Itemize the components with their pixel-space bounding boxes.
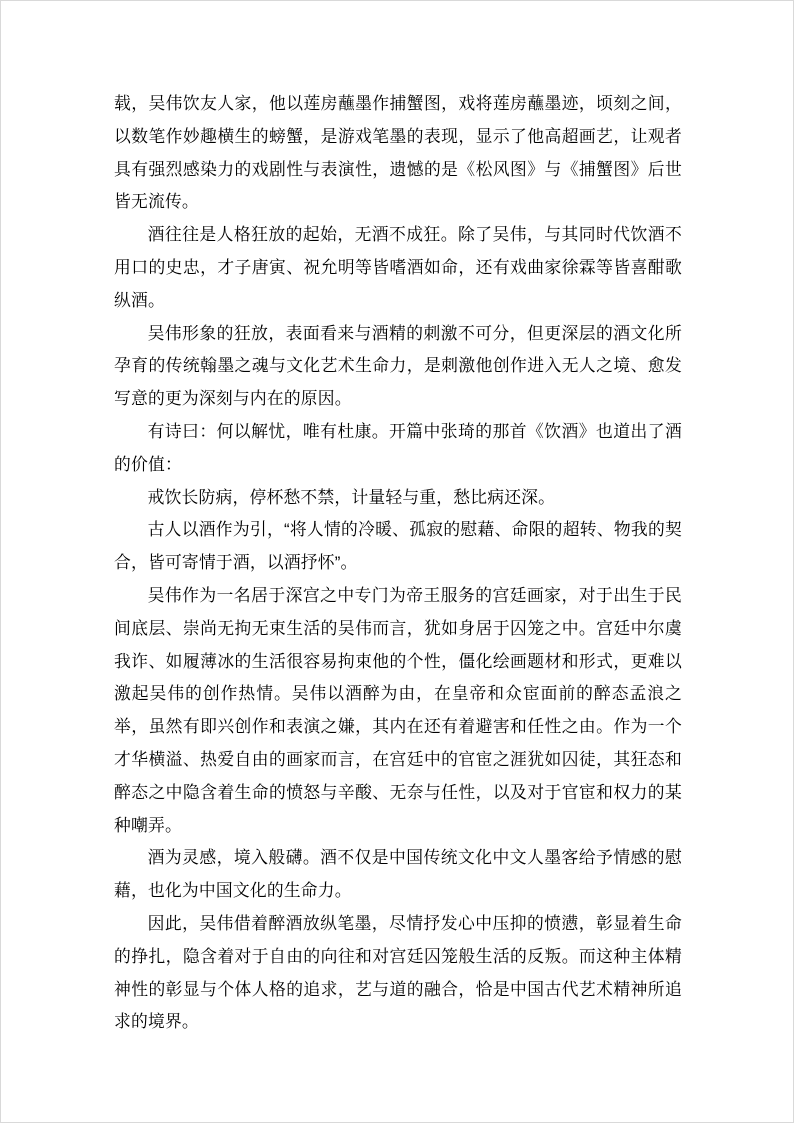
- text-body: 载，吴伟饮友人家，他以莲房蘸墨作捕蟹图，戏将莲房蘸墨迹，顷刻之间，以数笔作妙趣横…: [114, 88, 682, 1039]
- paragraph: 古人以酒作为引，“将人情的冷暖、孤寂的慰藉、命限的超转、物我的契合，皆可寄情于酒…: [114, 514, 682, 580]
- paragraph: 有诗曰：何以解忧，唯有杜康。开篇中张琦的那首《饮酒》也道出了酒的价值：: [114, 416, 682, 482]
- paragraph: 吴伟作为一名居于深宫之中专门为帝王服务的宫廷画家，对于出生于民间底层、崇尚无拘无…: [114, 580, 682, 842]
- paragraph: 吴伟形象的狂放，表面看来与酒精的刺激不可分，但更深层的酒文化所孕育的传统翰墨之魂…: [114, 318, 682, 416]
- document-page: 载，吴伟饮友人家，他以莲房蘸墨作捕蟹图，戏将莲房蘸墨迹，顷刻之间，以数笔作妙趣横…: [0, 0, 794, 1123]
- paragraph: 戒饮长防病，停杯愁不禁，计量轻与重，愁比病还深。: [114, 482, 682, 515]
- paragraph: 因此，吴伟借着醉酒放纵笔墨，尽情抒发心中压抑的愤懑，彰显着生命的挣扎，隐含着对于…: [114, 908, 682, 1039]
- paragraph: 酒为灵感，境入般礴。酒不仅是中国传统文化中文人墨客给予情感的慰藉，也化为中国文化…: [114, 842, 682, 908]
- paragraph: 酒往往是人格狂放的起始，无酒不成狂。除了吴伟，与其同时代饮酒不用口的史忠，才子唐…: [114, 219, 682, 317]
- paragraph: 载，吴伟饮友人家，他以莲房蘸墨作捕蟹图，戏将莲房蘸墨迹，顷刻之间，以数笔作妙趣横…: [114, 88, 682, 219]
